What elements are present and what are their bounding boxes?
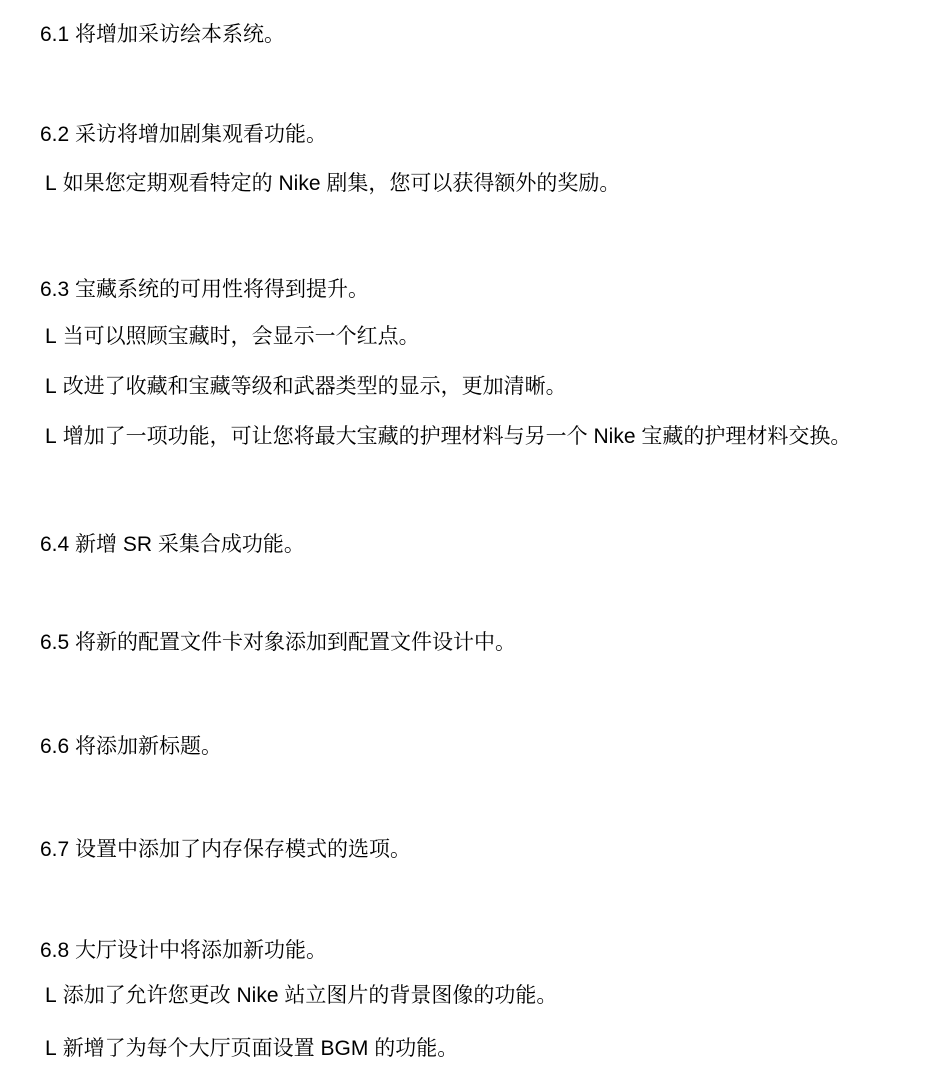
update-subitem-text: 新增了为每个大厅页面设置 BGM 的功能。 — [63, 1037, 459, 1060]
update-subitem: L如果您定期观看特定的 Nike 剧集，您可以获得额外的奖励。 — [45, 172, 620, 195]
update-item-text: 6.2 采访将增加剧集观看功能。 — [40, 123, 327, 146]
update-subitem: L增加了一项功能，可让您将最大宝藏的护理材料与另一个 Nike 宝藏的护理材料交… — [45, 425, 851, 448]
update-subitem: L改进了收藏和宝藏等级和武器类型的显示，更加清晰。 — [45, 375, 567, 398]
sub-bullet-icon: L — [45, 425, 57, 448]
patch-notes-document: 6.1 将增加采访绘本系统。 6.2 采访将增加剧集观看功能。 L如果您定期观看… — [0, 0, 936, 1088]
update-subitem: L当可以照顾宝藏时，会显示一个红点。 — [45, 325, 420, 348]
update-item-text: 6.8 大厅设计中将添加新功能。 — [40, 939, 327, 962]
sub-bullet-icon: L — [45, 375, 57, 398]
update-item-text: 6.3 宝藏系统的可用性将得到提升。 — [40, 278, 369, 301]
update-item-6-2: 6.2 采访将增加剧集观看功能。 — [40, 123, 327, 146]
update-subitem: L添加了允许您更改 Nike 站立图片的背景图像的功能。 — [45, 984, 557, 1007]
update-item-6-7: 6.7 设置中添加了内存保存模式的选项。 — [40, 838, 411, 861]
update-item-text: 6.5 将新的配置文件卡对象添加到配置文件设计中。 — [40, 631, 516, 654]
sub-bullet-icon: L — [45, 984, 57, 1007]
update-item-6-5: 6.5 将新的配置文件卡对象添加到配置文件设计中。 — [40, 631, 516, 654]
update-item-6-1: 6.1 将增加采访绘本系统。 — [40, 23, 285, 46]
update-item-6-4: 6.4 新增 SR 采集合成功能。 — [40, 533, 305, 556]
update-item-text: 6.4 新增 SR 采集合成功能。 — [40, 533, 305, 556]
update-subitem-text: 添加了允许您更改 Nike 站立图片的背景图像的功能。 — [63, 984, 558, 1007]
sub-bullet-icon: L — [45, 1037, 57, 1060]
update-subitem: L新增了为每个大厅页面设置 BGM 的功能。 — [45, 1037, 458, 1060]
update-item-text: 6.7 设置中添加了内存保存模式的选项。 — [40, 838, 411, 861]
update-item-text: 6.6 将添加新标题。 — [40, 735, 222, 758]
update-item-text: 6.1 将增加采访绘本系统。 — [40, 23, 285, 46]
update-item-6-8: 6.8 大厅设计中将添加新功能。 — [40, 939, 327, 962]
sub-bullet-icon: L — [45, 325, 57, 348]
update-subitem-text: 增加了一项功能，可让您将最大宝藏的护理材料与另一个 Nike 宝藏的护理材料交换… — [63, 425, 852, 448]
update-item-6-3: 6.3 宝藏系统的可用性将得到提升。 — [40, 278, 369, 301]
update-subitem-text: 当可以照顾宝藏时，会显示一个红点。 — [63, 325, 420, 348]
update-subitem-text: 改进了收藏和宝藏等级和武器类型的显示，更加清晰。 — [63, 375, 567, 398]
update-subitem-text: 如果您定期观看特定的 Nike 剧集，您可以获得额外的奖励。 — [63, 172, 621, 195]
update-item-6-6: 6.6 将添加新标题。 — [40, 735, 222, 758]
sub-bullet-icon: L — [45, 172, 57, 195]
